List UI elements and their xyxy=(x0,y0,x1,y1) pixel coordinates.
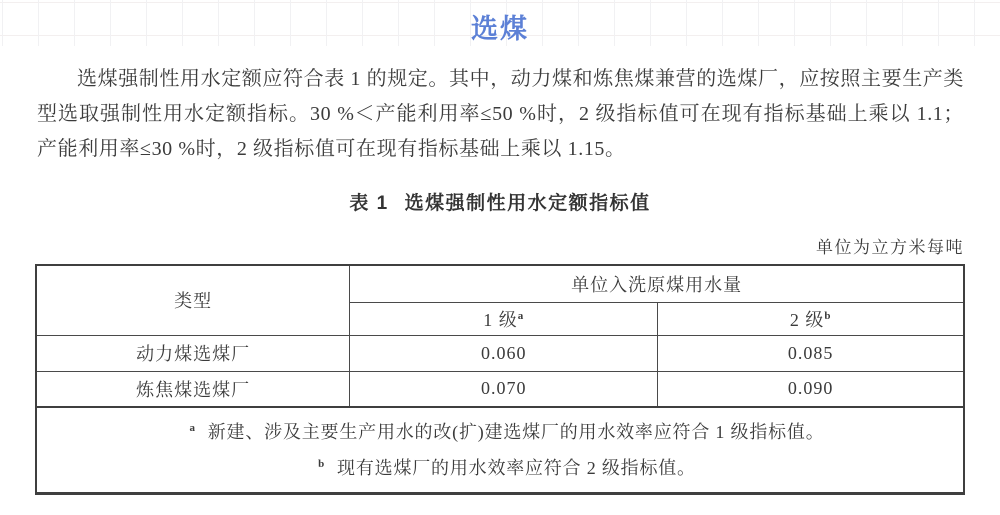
header-cell-grade1: 1 级a xyxy=(350,302,658,335)
document-page: 选煤 选煤强制性用水定额应符合表 1 的规定。其中，动力煤和炼焦煤兼营的选煤厂，… xyxy=(0,0,1000,515)
grade2-superscript: b xyxy=(824,310,831,322)
footnote-b: b现有选煤厂的用水效率应符合 2 级指标值。 xyxy=(61,450,953,486)
footnotes-cell: a新建、涉及主要生产用水的改(扩)建选煤厂的用水效率应符合 1 级指标值。 b现… xyxy=(36,407,964,494)
cell-grade1-value: 0.070 xyxy=(350,371,658,407)
header-cell-type: 类型 xyxy=(36,265,350,335)
header-cell-grade2: 2 级b xyxy=(658,302,964,335)
table-caption: 表 1选煤强制性用水定额指标值 xyxy=(0,188,1000,215)
footnote-a-text: 新建、涉及主要生产用水的改(扩)建选煤厂的用水效率应符合 1 级指标值。 xyxy=(208,422,825,442)
body-paragraph: 选煤强制性用水定额应符合表 1 的规定。其中，动力煤和炼焦煤兼营的选煤厂，应按照… xyxy=(37,62,964,167)
footnote-a: a新建、涉及主要生产用水的改(扩)建选煤厂的用水效率应符合 1 级指标值。 xyxy=(61,414,953,450)
table-row: 炼焦煤选煤厂 0.070 0.090 xyxy=(36,371,964,407)
footnote-b-marker: b xyxy=(318,458,325,470)
quota-table: 类型 单位入洗原煤用水量 1 级a 2 级b 动力煤选煤厂 0.060 0.08… xyxy=(35,264,965,495)
cell-grade2-value: 0.085 xyxy=(658,335,964,371)
table-footnotes-row: a新建、涉及主要生产用水的改(扩)建选煤厂的用水效率应符合 1 级指标值。 b现… xyxy=(36,407,964,494)
table-header-row-group: 类型 单位入洗原煤用水量 xyxy=(36,265,964,302)
cell-grade2-value: 0.090 xyxy=(658,371,964,407)
grade1-superscript: a xyxy=(518,310,525,322)
table-caption-title: 选煤强制性用水定额指标值 xyxy=(405,193,651,214)
section-title: 选煤 xyxy=(0,7,1000,46)
cell-grade1-value: 0.060 xyxy=(350,335,658,371)
cell-type: 动力煤选煤厂 xyxy=(36,335,350,371)
table-caption-number: 表 1 xyxy=(349,193,388,214)
unit-note: 单位为立方米每吨 xyxy=(816,233,964,258)
grade1-label: 1 级 xyxy=(483,310,518,330)
header-cell-group: 单位入洗原煤用水量 xyxy=(350,265,964,302)
footnote-a-marker: a xyxy=(189,422,195,434)
footnote-b-text: 现有选煤厂的用水效率应符合 2 级指标值。 xyxy=(337,458,696,478)
cell-type: 炼焦煤选煤厂 xyxy=(36,371,350,407)
table-row: 动力煤选煤厂 0.060 0.085 xyxy=(36,335,964,371)
grade2-label: 2 级 xyxy=(790,310,825,330)
